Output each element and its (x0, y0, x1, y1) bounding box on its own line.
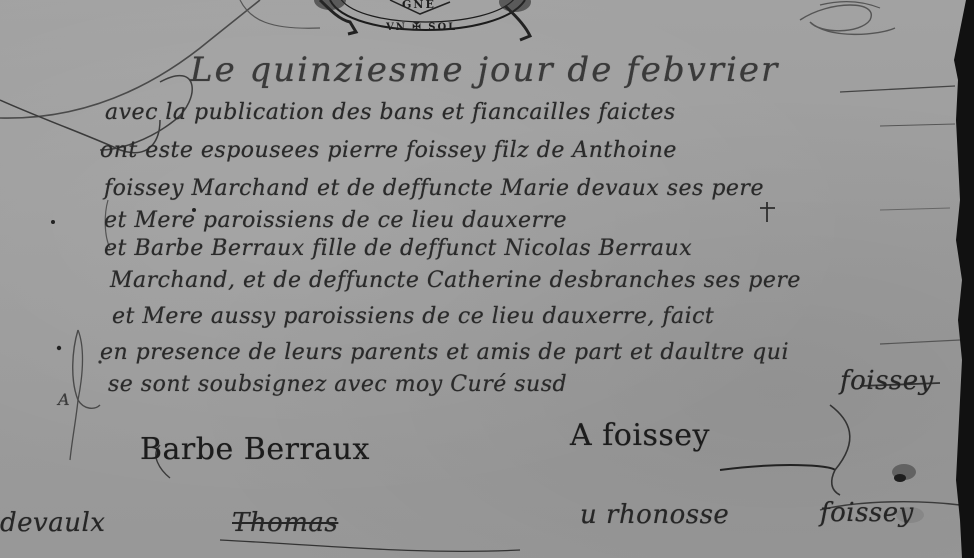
inline-signature: foissey (840, 366, 934, 396)
signature-witness-1: devaulx (0, 508, 105, 538)
body-line-3: foissey Marchand et de deffuncte Marie d… (104, 176, 764, 201)
body-line-4: et Mere paroissiens de ce lieu dauxerre (104, 208, 567, 233)
signature-cure: foissey (820, 498, 914, 528)
body-line-5: et Barbe Berraux fille de deffunct Nicol… (104, 236, 692, 261)
stamp-bottom-text: VN ✠ SOL (386, 22, 457, 33)
stamp-top-text: GNE (402, 0, 436, 11)
body-line-6: Marchand, et de deffuncte Catherine desb… (110, 268, 801, 293)
body-line-9: se sont soubsignez avec moy Curé susd (108, 372, 567, 397)
tax-stamp-seal: GNE VN ✠ SOL (310, 0, 540, 42)
entry-heading: Le quinziesme jour de febvrier (190, 50, 779, 90)
body-line-8: en presence de leurs parents et amis de … (100, 340, 789, 365)
manuscript-page: GNE VN ✠ SOL Le quinziesme jour de febvr… (0, 0, 974, 558)
body-line-2: ont este espousees pierre foissey filz d… (100, 138, 677, 163)
margin-note: A (58, 390, 70, 409)
signature-groom: A foissey (570, 418, 710, 453)
signature-witness-3: u rhonosse (580, 500, 729, 530)
body-line-1: avec la publication des bans et fiancail… (105, 100, 676, 125)
signature-bride: Barbe Berraux (140, 432, 370, 467)
body-line-7: et Mere aussy paroissiens de ce lieu dau… (112, 304, 714, 329)
signature-witness-struck: Thomas (232, 508, 338, 538)
